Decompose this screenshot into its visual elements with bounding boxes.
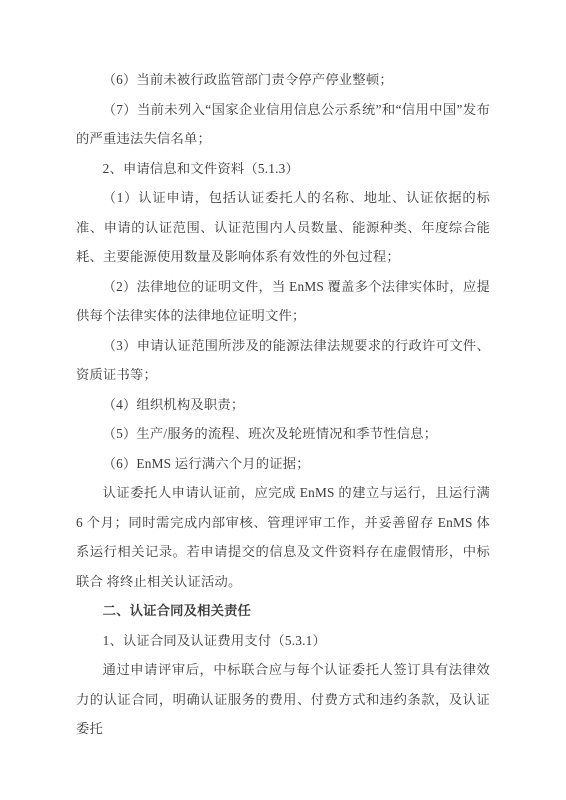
section-heading: 二、认证合同及相关责任: [76, 596, 490, 626]
paragraph: 2、申请信息和文件资料（5.1.3）: [76, 154, 490, 184]
paragraph: （4）组织机构及职责；: [76, 390, 490, 420]
paragraph: 认证委托人申请认证前，应完成 EnMS 的建立与运行，且运行满 6 个月；同时需…: [76, 478, 490, 596]
paragraph: （5）生产/服务的流程、班次及轮班情况和季节性信息；: [76, 419, 490, 449]
paragraph: （1）认证申请，包括认证委托人的名称、地址、认证依据的标准、申请的认证范围、认证…: [76, 183, 490, 272]
paragraph: （3）申请认证范围所涉及的能源法律法规要求的行政许可文件、资质证书等；: [76, 331, 490, 390]
document-page: （6）当前未被行政监管部门责令停产停业整顿；（7）当前未列入“国家企业信用信息公…: [0, 0, 566, 800]
document-content: （6）当前未被行政监管部门责令停产停业整顿；（7）当前未列入“国家企业信用信息公…: [76, 65, 490, 744]
paragraph: （7）当前未列入“国家企业信用信息公示系统”和“信用中国”发布的严重违法失信名单…: [76, 95, 490, 154]
paragraph: 1、认证合同及认证费用支付（5.3.1）: [76, 626, 490, 656]
paragraph: （6）当前未被行政监管部门责令停产停业整顿；: [76, 65, 490, 95]
paragraph: （2）法律地位的证明文件，当 EnMS 覆盖多个法律实体时，应提供每个法律实体的…: [76, 272, 490, 331]
paragraph: 通过申请评审后，中标联合应与每个认证委托人签订具有法律效力的认证合同，明确认证服…: [76, 655, 490, 744]
paragraph: （6）EnMS 运行满六个月的证据；: [76, 449, 490, 479]
